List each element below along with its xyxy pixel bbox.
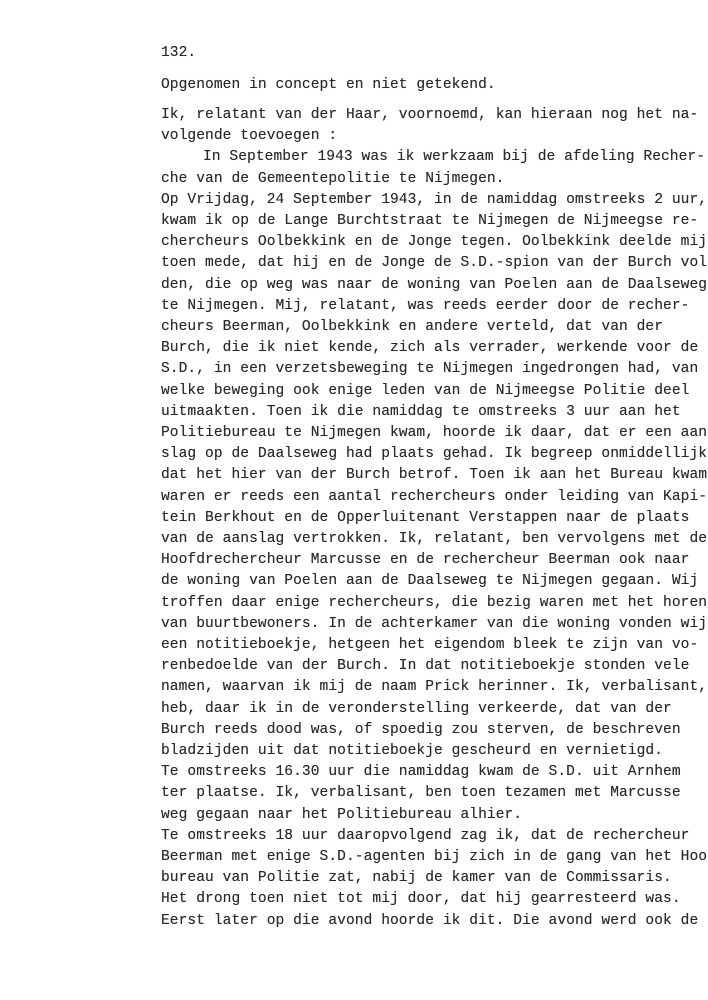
- text-line: Burch, die ik niet kende, zich als verra…: [161, 339, 698, 357]
- text-line: van de aanslag vertrokken. Ik, relatant,…: [161, 530, 707, 548]
- text-line: Op Vrijdag, 24 September 1943, in de nam…: [161, 191, 707, 209]
- text-line: welke beweging ook enige leden van de Ni…: [161, 382, 689, 400]
- text-line: Te omstreeks 16.30 uur die namiddag kwam…: [161, 763, 681, 781]
- text-line: Het drong toen niet tot mij door, dat hi…: [161, 890, 681, 908]
- text-line: Ik, relatant van der Haar, voornoemd, ka…: [161, 106, 698, 124]
- text-line: den, die op weg was naar de woning van P…: [161, 276, 707, 294]
- text-line: tein Berkhout en de Opperluitenant Verst…: [161, 509, 689, 527]
- text-line: cheurs Beerman, Oolbekkink en andere ver…: [161, 318, 663, 336]
- text-line: Beerman met enige S.D.-agenten bij zich …: [161, 848, 708, 866]
- text-line: waren er reeds een aantal rechercheurs o…: [161, 488, 707, 506]
- text-line: toen mede, dat hij en de Jonge de S.D.-s…: [161, 254, 708, 272]
- text-line: troffen daar enige rechercheurs, die bez…: [161, 594, 707, 612]
- text-line: bladzijden uit dat notitieboekje gescheu…: [161, 742, 663, 760]
- document-page: 132. Opgenomen in concept en niet geteke…: [0, 0, 708, 1000]
- page-number: 132.: [161, 44, 196, 62]
- text-line: In September 1943 was ik werkzaam bij de…: [203, 148, 705, 166]
- text-line: Eerst later op die avond hoorde ik dit. …: [161, 912, 698, 930]
- text-line: een notitieboekje, hetgeen het eigendom …: [161, 636, 698, 654]
- text-line: heb, daar ik in de veronderstelling verk…: [161, 700, 672, 718]
- text-line: slag op de Daalseweg had plaats gehad. I…: [161, 445, 708, 463]
- text-line: kwam ik op de Lange Burchtstraat te Nijm…: [161, 212, 698, 230]
- text-line: uitmaakten. Toen ik die namiddag te omst…: [161, 403, 681, 421]
- text-line: S.D., in een verzetsbeweging te Nijmegen…: [161, 360, 698, 378]
- text-line: ter plaatse. Ik, verbalisant, ben toen t…: [161, 784, 681, 802]
- concept-note: Opgenomen in concept en niet getekend.: [161, 76, 496, 94]
- text-line: Politiebureau te Nijmegen kwam, hoorde i…: [161, 424, 708, 442]
- text-line: volgende toevoegen :: [161, 127, 337, 145]
- text-line: Te omstreeks 18 uur daaropvolgend zag ik…: [161, 827, 689, 845]
- text-line: de woning van Poelen aan de Daalseweg te…: [161, 572, 698, 590]
- text-line: chercheurs Oolbekkink en de Jonge tegen.…: [161, 233, 707, 251]
- text-line: Hoofdrechercheur Marcusse en de recherch…: [161, 551, 689, 569]
- text-line: Burch reeds dood was, of spoedig zou ste…: [161, 721, 681, 739]
- text-line: namen, waarvan ik mij de naam Prick heri…: [161, 678, 707, 696]
- text-line: van buurtbewoners. In de achterkamer van…: [161, 615, 707, 633]
- text-line: weg gegaan naar het Politiebureau alhier…: [161, 806, 522, 824]
- text-line: dat het hier van der Burch betrof. Toen …: [161, 466, 708, 484]
- text-line: che van de Gemeentepolitie te Nijmegen.: [161, 170, 505, 188]
- text-line: te Nijmegen. Mij, relatant, was reeds ee…: [161, 297, 689, 315]
- text-line: renbedoelde van der Burch. In dat notiti…: [161, 657, 689, 675]
- text-line: bureau van Politie zat, nabij de kamer v…: [161, 869, 672, 887]
